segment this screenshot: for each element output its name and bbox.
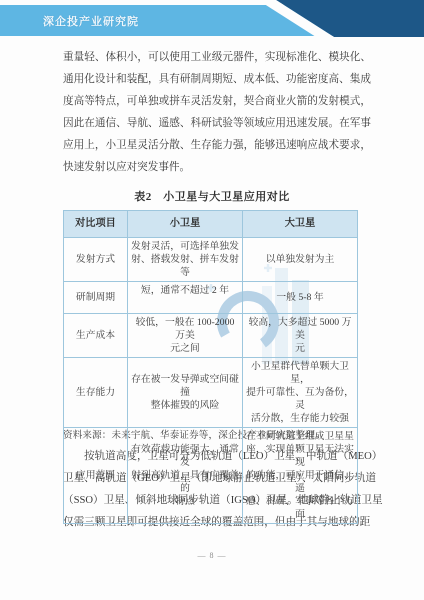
row-item-cell: 发射方式 [64, 238, 128, 282]
table-header-row: 对比项目 小卫星 大卫星 [64, 211, 358, 238]
paragraph-line: 重量轻、体积小，可以使用工业级元器件，实现标准化、模块化、 [63, 47, 371, 69]
paragraph-before-table: 重量轻、体积小，可以使用工业级元器件，实现标准化、模块化、通用化设计和装配，具有… [63, 47, 371, 179]
table-row: 研制周期短，通常不超过 2 年一般 5-8 年 [64, 282, 358, 314]
paragraph-line: 因此在通信、导航、遥感、科研试验等领域应用迅速发展。在军事 [63, 113, 371, 135]
document-page: 深企投产业研究院 重量轻、体积小，可以使用工业级元器件，实现标准化、模块化、通用… [0, 0, 424, 600]
row-item-cell: 生存能力 [64, 358, 128, 428]
table-row: 生产成本较低，一般在 100-2000 万美 元之间较高，大多超过 5000 万… [64, 314, 358, 358]
large-satellite-cell: 在不同轨道上组成卫星星 座，实现单颗卫星无法实现 的功能，可应用于通信、遥 感、… [243, 428, 358, 524]
page-header: 深企投产业研究院 [0, 0, 424, 40]
small-satellite-cell: 发射灵活，可选择单独发 射、搭载发射、拼车发射等 [128, 238, 243, 282]
large-satellite-cell: 一般 5-8 年 [243, 282, 358, 314]
paragraph-line: 通用化设计和装配，具有研制周期短、成本低、功能密度高、集成 [63, 69, 371, 91]
row-item-cell: 生产成本 [64, 314, 128, 358]
table-caption: 表2 小卫星与大卫星应用对比 [0, 188, 424, 204]
column-header-large-satellite: 大卫星 [243, 211, 358, 238]
row-item-cell: 研制周期 [64, 282, 128, 314]
brand-title: 深企投产业研究院 [43, 13, 139, 29]
paragraph-line: 快速发射以应对突发事件。 [63, 157, 371, 179]
comparison-table: 对比项目 小卫星 大卫星 发射方式发射灵活，可选择单独发 射、搭载发射、拼车发射… [63, 210, 358, 524]
table-row: 生存能力存在被一发导弹或空间碰撞 整体摧毁的风险小卫星群代替单颗大卫星， 提升可… [64, 358, 358, 428]
small-satellite-cell: 存在被一发导弹或空间碰撞 整体摧毁的风险 [128, 358, 243, 428]
small-satellite-cell: 短，通常不超过 2 年 [128, 282, 243, 314]
small-satellite-cell: 较低，一般在 100-2000 万美 元之间 [128, 314, 243, 358]
large-satellite-cell: 小卫星群代替单颗大卫星， 提升可靠性、互为备份，灵 活分散，生存能力较强 [243, 358, 358, 428]
table-row: 发射方式发射灵活，可选择单独发 射、搭载发射、拼车发射等以单独发射为主 [64, 238, 358, 282]
page-number: — 8 — [0, 551, 424, 560]
large-satellite-cell: 较高，大多超过 5000 万美 元 [243, 314, 358, 358]
column-header-item: 对比项目 [64, 211, 128, 238]
comparison-table-wrap: 对比项目 小卫星 大卫星 发射方式发射灵活，可选择单独发 射、搭载发射、拼车发射… [63, 210, 357, 524]
small-satellite-cell: 有效荷载功能强大，通常发 射到高轨道，具有广覆盖的 特点 [128, 428, 243, 524]
column-header-small-satellite: 小卫星 [128, 211, 243, 238]
large-satellite-cell: 以单独发射为主 [243, 238, 358, 282]
paragraph-line: 应用上，小卫星灵活分散、生存能力强，能够迅速响应战术要求， [63, 135, 371, 157]
row-item-cell: 应用范围 [64, 428, 128, 524]
paragraph-line: 度高等特点，可单独或拼车灵活发射，契合商业火箭的发射模式， [63, 91, 371, 113]
table-row: 应用范围有效荷载功能强大，通常发 射到高轨道，具有广覆盖的 特点在不同轨道上组成… [64, 428, 358, 524]
